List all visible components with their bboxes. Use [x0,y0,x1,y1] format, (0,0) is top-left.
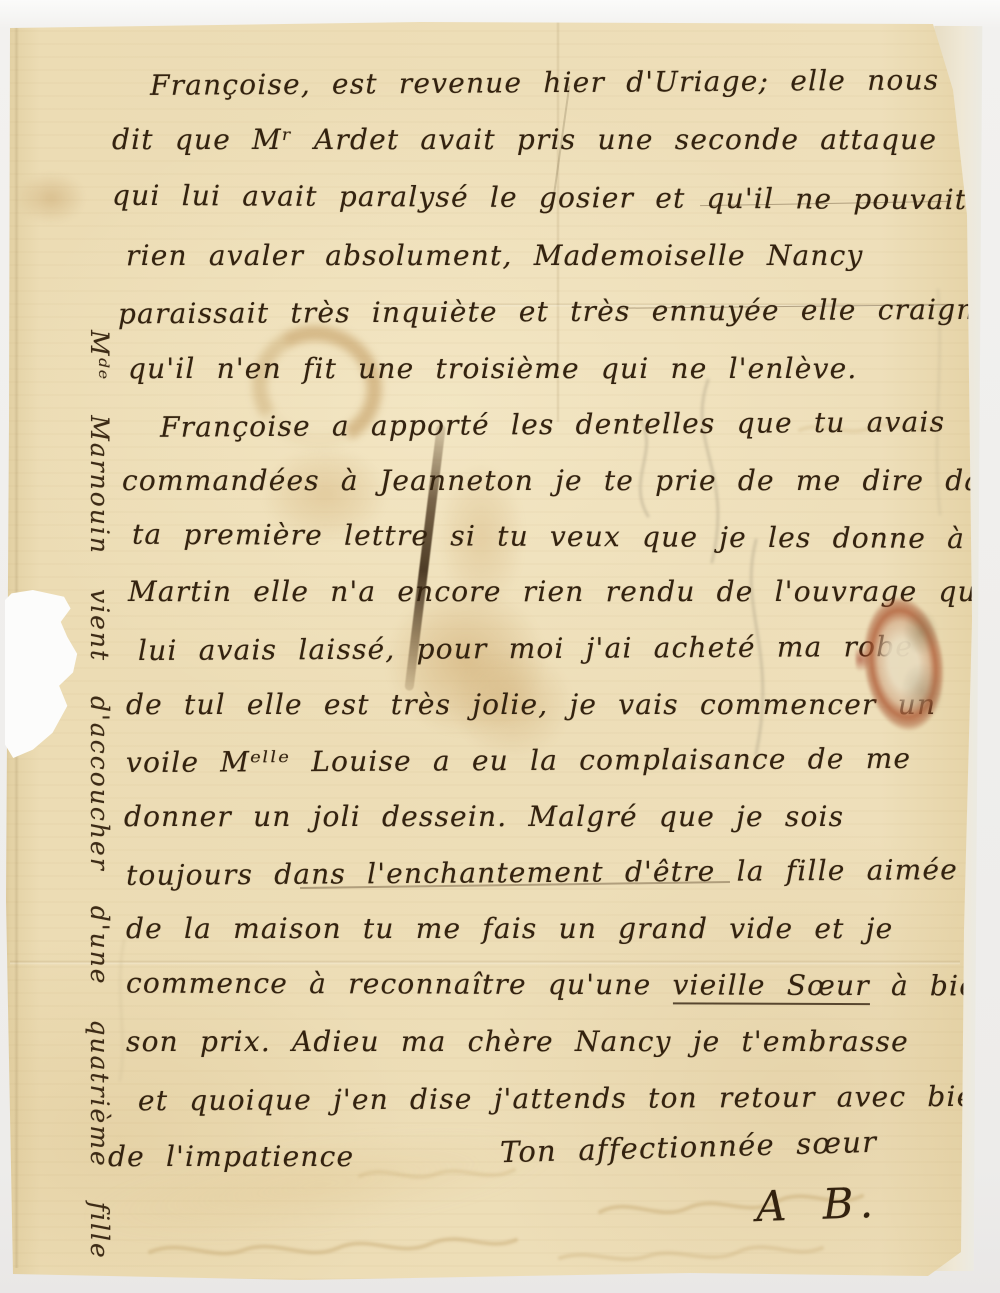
letter-line: de la maison tu me fais un grand vide et… [126,912,893,945]
stain [16,172,86,224]
signature: A B. [755,1178,880,1231]
scanned-letter-page: Françoise, est revenue hier d'Uriage; el… [0,0,1000,1293]
letter-line: et quoique j'en dise j'attends ton retou… [138,1080,994,1117]
letter-line: rien avaler absolument, Mademoiselle Nan… [126,239,864,272]
letter-line: dit que Mʳ Ardet avait pris une seconde … [112,123,937,156]
line-text: à bien [870,969,997,1002]
line-text: commence à reconnaître qu'une [126,966,673,1001]
letter-line: paraissait très inquiète et très ennuyée… [118,293,1000,331]
letter-line: lui avais laissé, pour moi j'ai acheté m… [138,630,913,667]
letter-line: son prix. Adieu ma chère Nancy je t'embr… [126,1025,909,1058]
closing-left: de l'impatience [108,1140,354,1173]
letter-line: qu'il n'en fit une troisième qui ne l'en… [128,352,857,385]
stain [76,1107,564,1263]
letter-line: donner un joli dessein. Malgré que je so… [124,800,844,833]
letter-line: ta première lettre si tu veux que je les… [132,518,1000,556]
letter-paper: Françoise, est revenue hier d'Uriage; el… [0,0,1000,1293]
underlined-phrase: vieille Sœur [672,968,869,1005]
letter-line: commence à reconnaître qu'une vieille Sœ… [126,966,996,1002]
letter-line: Françoise a apporté les dentelles que tu… [160,405,945,443]
letter-line: de tul elle est très jolie, je vais comm… [126,688,936,721]
letter-line: voile Mᵉˡˡᵉ Louise a eu la complaisance … [126,742,911,779]
letter-line: Françoise, est revenue hier d'Uriage; el… [150,63,979,102]
letter-line: toujours dans l'enchantement d'être la f… [126,853,958,892]
letter-line: commandées à Jeanneton je te prie de me … [122,464,1000,497]
fold-crease [10,960,960,965]
margin-note: Mᵈᵉ Marnouin vient d'accoucher d'une qua… [85,330,114,1158]
closing-right: Ton affectionnée sœur [500,1125,878,1170]
letter-line: qui lui avait paralysé le gosier et qu'i… [112,179,967,216]
